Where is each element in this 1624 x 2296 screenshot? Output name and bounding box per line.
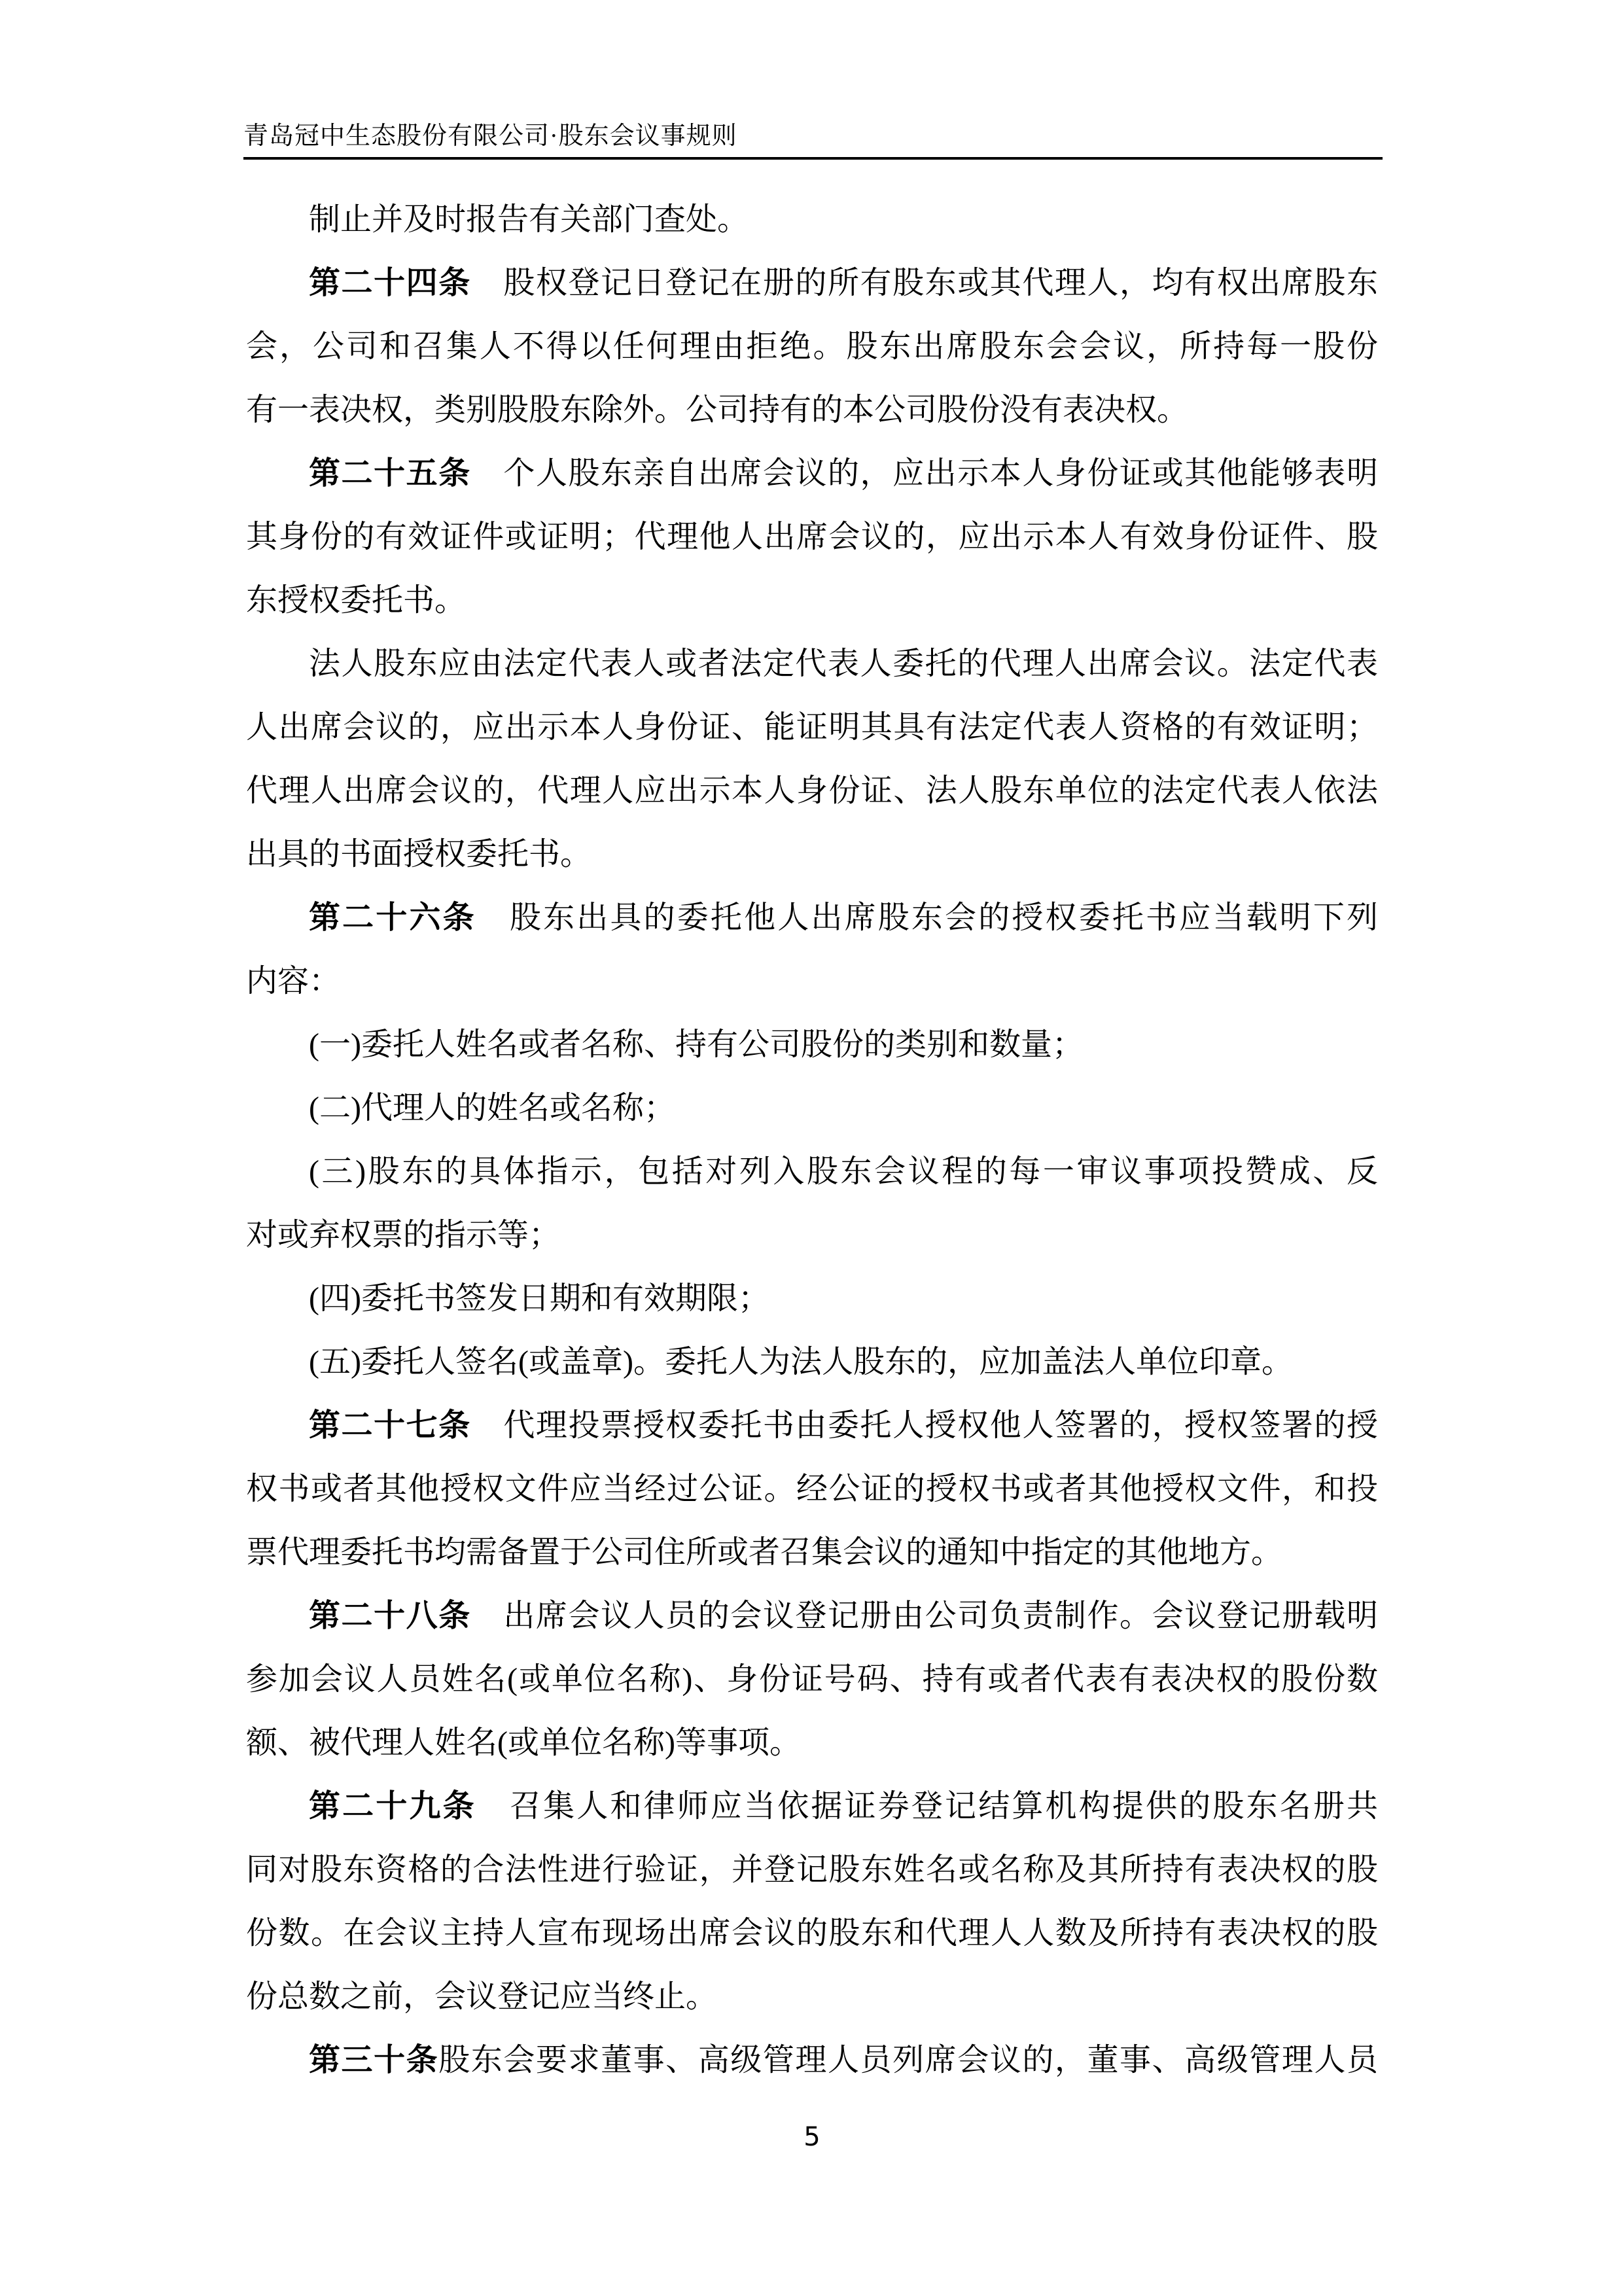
text-line: 对或弃权票的指示等； (246, 1203, 1378, 1267)
text-line: 第二十五条 个人股东亲自出席会议的，应出示本人身份证或其他能够表明 (246, 442, 1378, 505)
text-run: 票代理委托书均需备置于公司住所或者召集会议的通知中指定的其他地方。 (246, 1535, 1282, 1570)
text-run: (一)委托人姓名或者名称、持有公司股份的类别和数量； (309, 1027, 1084, 1062)
text-line: 法人股东应由法定代表人或者法定代表人委托的代理人出席会议。法定代表 (246, 632, 1378, 696)
text-run: 对或弃权票的指示等； (246, 1218, 560, 1252)
text-run: 个人股东亲自出席会议的，应出示本人身份证或其他能够表明 (471, 456, 1378, 491)
text-line: (三)股东的具体指示，包括对列入股东会议程的每一审议事项投赞成、反 (246, 1140, 1378, 1203)
text-line: 制止并及时报告有关部门查处。 (246, 188, 1378, 251)
text-line: 第二十七条 代理投票授权委托书由委托人授权他人签署的，授权签署的授 (246, 1394, 1378, 1457)
text-line: (一)委托人姓名或者名称、持有公司股份的类别和数量； (246, 1013, 1378, 1076)
text-run: (三)股东的具体指示，包括对列入股东会议程的每一审议事项投赞成、反 (309, 1154, 1378, 1189)
text-line: 额、被代理人姓名(或单位名称)等事项。 (246, 1711, 1378, 1775)
text-line: 同对股东资格的合法性进行验证，并登记股东姓名或名称及其所持有表决权的股 (246, 1838, 1378, 1901)
text-line: (二)代理人的姓名或名称； (246, 1076, 1378, 1140)
text-line: 人出席会议的，应出示本人身份证、能证明其具有法定代表人资格的有效证明； (246, 696, 1378, 759)
text-run: 内容： (246, 964, 340, 998)
text-line: 参加会议人员姓名(或单位名称)、身份证号码、持有或者代表有表决权的股份数 (246, 1648, 1378, 1711)
text-run: 会，公司和召集人不得以任何理由拒绝。股东出席股东会会议，所持每一股份 (246, 329, 1378, 364)
text-run: 份数。在会议主持人宣布现场出席会议的股东和代理人人数及所持有表决权的股 (246, 1916, 1378, 1951)
article-number: 第二十四条 (309, 266, 471, 300)
text-line: 代理人出席会议的，代理人应出示本人身份证、法人股东单位的法定代表人依法 (246, 759, 1378, 822)
header-title: 青岛冠中生态股份有限公司·股东会议事规则 (243, 122, 737, 150)
text-run: 股权登记日登记在册的所有股东或其代理人，均有权出席股东 (471, 266, 1378, 300)
text-line: 第二十六条 股东出具的委托他人出席股东会的授权委托书应当载明下列 (246, 886, 1378, 949)
text-line: 第二十九条 召集人和律师应当依据证券登记结算机构提供的股东名册共 (246, 1775, 1378, 1838)
text-run: 股东会要求董事、高级管理人员列席会议的，董事、高级管理人员 (438, 2043, 1378, 2077)
text-run: (四)委托书签发日期和有效期限； (309, 1281, 769, 1316)
text-run: 股东出具的委托他人出席股东会的授权委托书应当载明下列 (476, 900, 1378, 935)
text-run: 同对股东资格的合法性进行验证，并登记股东姓名或名称及其所持有表决权的股 (246, 1852, 1378, 1887)
text-run: 人出席会议的，应出示本人身份证、能证明其具有法定代表人资格的有效证明； (246, 710, 1378, 745)
text-run: 代理投票授权委托书由委托人授权他人签署的，授权签署的授 (471, 1408, 1378, 1443)
text-line: 其身份的有效证件或证明；代理他人出席会议的，应出示本人有效身份证件、股 (246, 505, 1378, 569)
text-run: 有一表决权，类别股股东除外。公司持有的本公司股份没有表决权。 (246, 393, 1188, 427)
text-run: 制止并及时报告有关部门查处。 (309, 202, 749, 237)
text-run: 权书或者其他授权文件应当经过公证。经公证的授权书或者其他授权文件，和投 (246, 1472, 1378, 1506)
page-header: 青岛冠中生态股份有限公司·股东会议事规则 (243, 122, 1383, 160)
text-line: 第二十八条 出席会议人员的会议登记册由公司负责制作。会议登记册载明 (246, 1584, 1378, 1648)
text-line: 票代理委托书均需备置于公司住所或者召集会议的通知中指定的其他地方。 (246, 1521, 1378, 1584)
text-line: 会，公司和召集人不得以任何理由拒绝。股东出席股东会会议，所持每一股份 (246, 315, 1378, 378)
text-run: 法人股东应由法定代表人或者法定代表人委托的代理人出席会议。法定代表 (309, 646, 1378, 681)
article-number: 第二十八条 (309, 1598, 471, 1633)
text-line: 内容： (246, 949, 1378, 1013)
text-run: 额、被代理人姓名(或单位名称)等事项。 (246, 1725, 801, 1760)
text-line: 份总数之前，会议登记应当终止。 (246, 1965, 1378, 2028)
text-line: 东授权委托书。 (246, 569, 1378, 632)
text-line: 出具的书面授权委托书。 (246, 822, 1378, 886)
text-line: (五)委托人签名(或盖章)。委托人为法人股东的，应加盖法人单位印章。 (246, 1330, 1378, 1394)
text-run: 份总数之前，会议登记应当终止。 (246, 1979, 717, 2014)
text-run: 东授权委托书。 (246, 583, 466, 618)
text-run: (五)委托人签名(或盖章)。委托人为法人股东的，应加盖法人单位印章。 (309, 1345, 1293, 1379)
text-line: 第三十条股东会要求董事、高级管理人员列席会议的，董事、高级管理人员 (246, 2028, 1378, 2092)
text-line: (四)委托书签发日期和有效期限； (246, 1267, 1378, 1330)
article-number: 第二十九条 (309, 1789, 476, 1824)
article-number: 第二十五条 (309, 456, 471, 491)
text-run: 参加会议人员姓名(或单位名称)、身份证号码、持有或者代表有表决权的股份数 (246, 1662, 1378, 1697)
text-run: (二)代理人的姓名或名称； (309, 1091, 675, 1125)
text-line: 有一表决权，类别股股东除外。公司持有的本公司股份没有表决权。 (246, 378, 1378, 442)
text-line: 份数。在会议主持人宣布现场出席会议的股东和代理人人数及所持有表决权的股 (246, 1901, 1378, 1965)
document-page: 青岛冠中生态股份有限公司·股东会议事规则 制止并及时报告有关部门查处。第二十四条… (0, 0, 1624, 2296)
article-number: 第二十六条 (309, 900, 476, 935)
text-run: 出席会议人员的会议登记册由公司负责制作。会议登记册载明 (471, 1598, 1378, 1633)
text-run: 其身份的有效证件或证明；代理他人出席会议的，应出示本人有效身份证件、股 (246, 520, 1378, 554)
text-line: 第二十四条 股权登记日登记在册的所有股东或其代理人，均有权出席股东 (246, 251, 1378, 315)
article-number: 第二十七条 (309, 1408, 471, 1443)
text-run: 出具的书面授权委托书。 (246, 837, 591, 872)
document-body: 制止并及时报告有关部门查处。第二十四条 股权登记日登记在册的所有股东或其代理人，… (246, 188, 1378, 2092)
page-number: 5 (0, 2121, 1624, 2153)
text-run: 召集人和律师应当依据证券登记结算机构提供的股东名册共 (476, 1789, 1378, 1824)
text-run: 代理人出席会议的，代理人应出示本人身份证、法人股东单位的法定代表人依法 (246, 773, 1378, 808)
text-line: 权书或者其他授权文件应当经过公证。经公证的授权书或者其他授权文件，和投 (246, 1457, 1378, 1521)
article-number: 第三十条 (309, 2043, 438, 2077)
